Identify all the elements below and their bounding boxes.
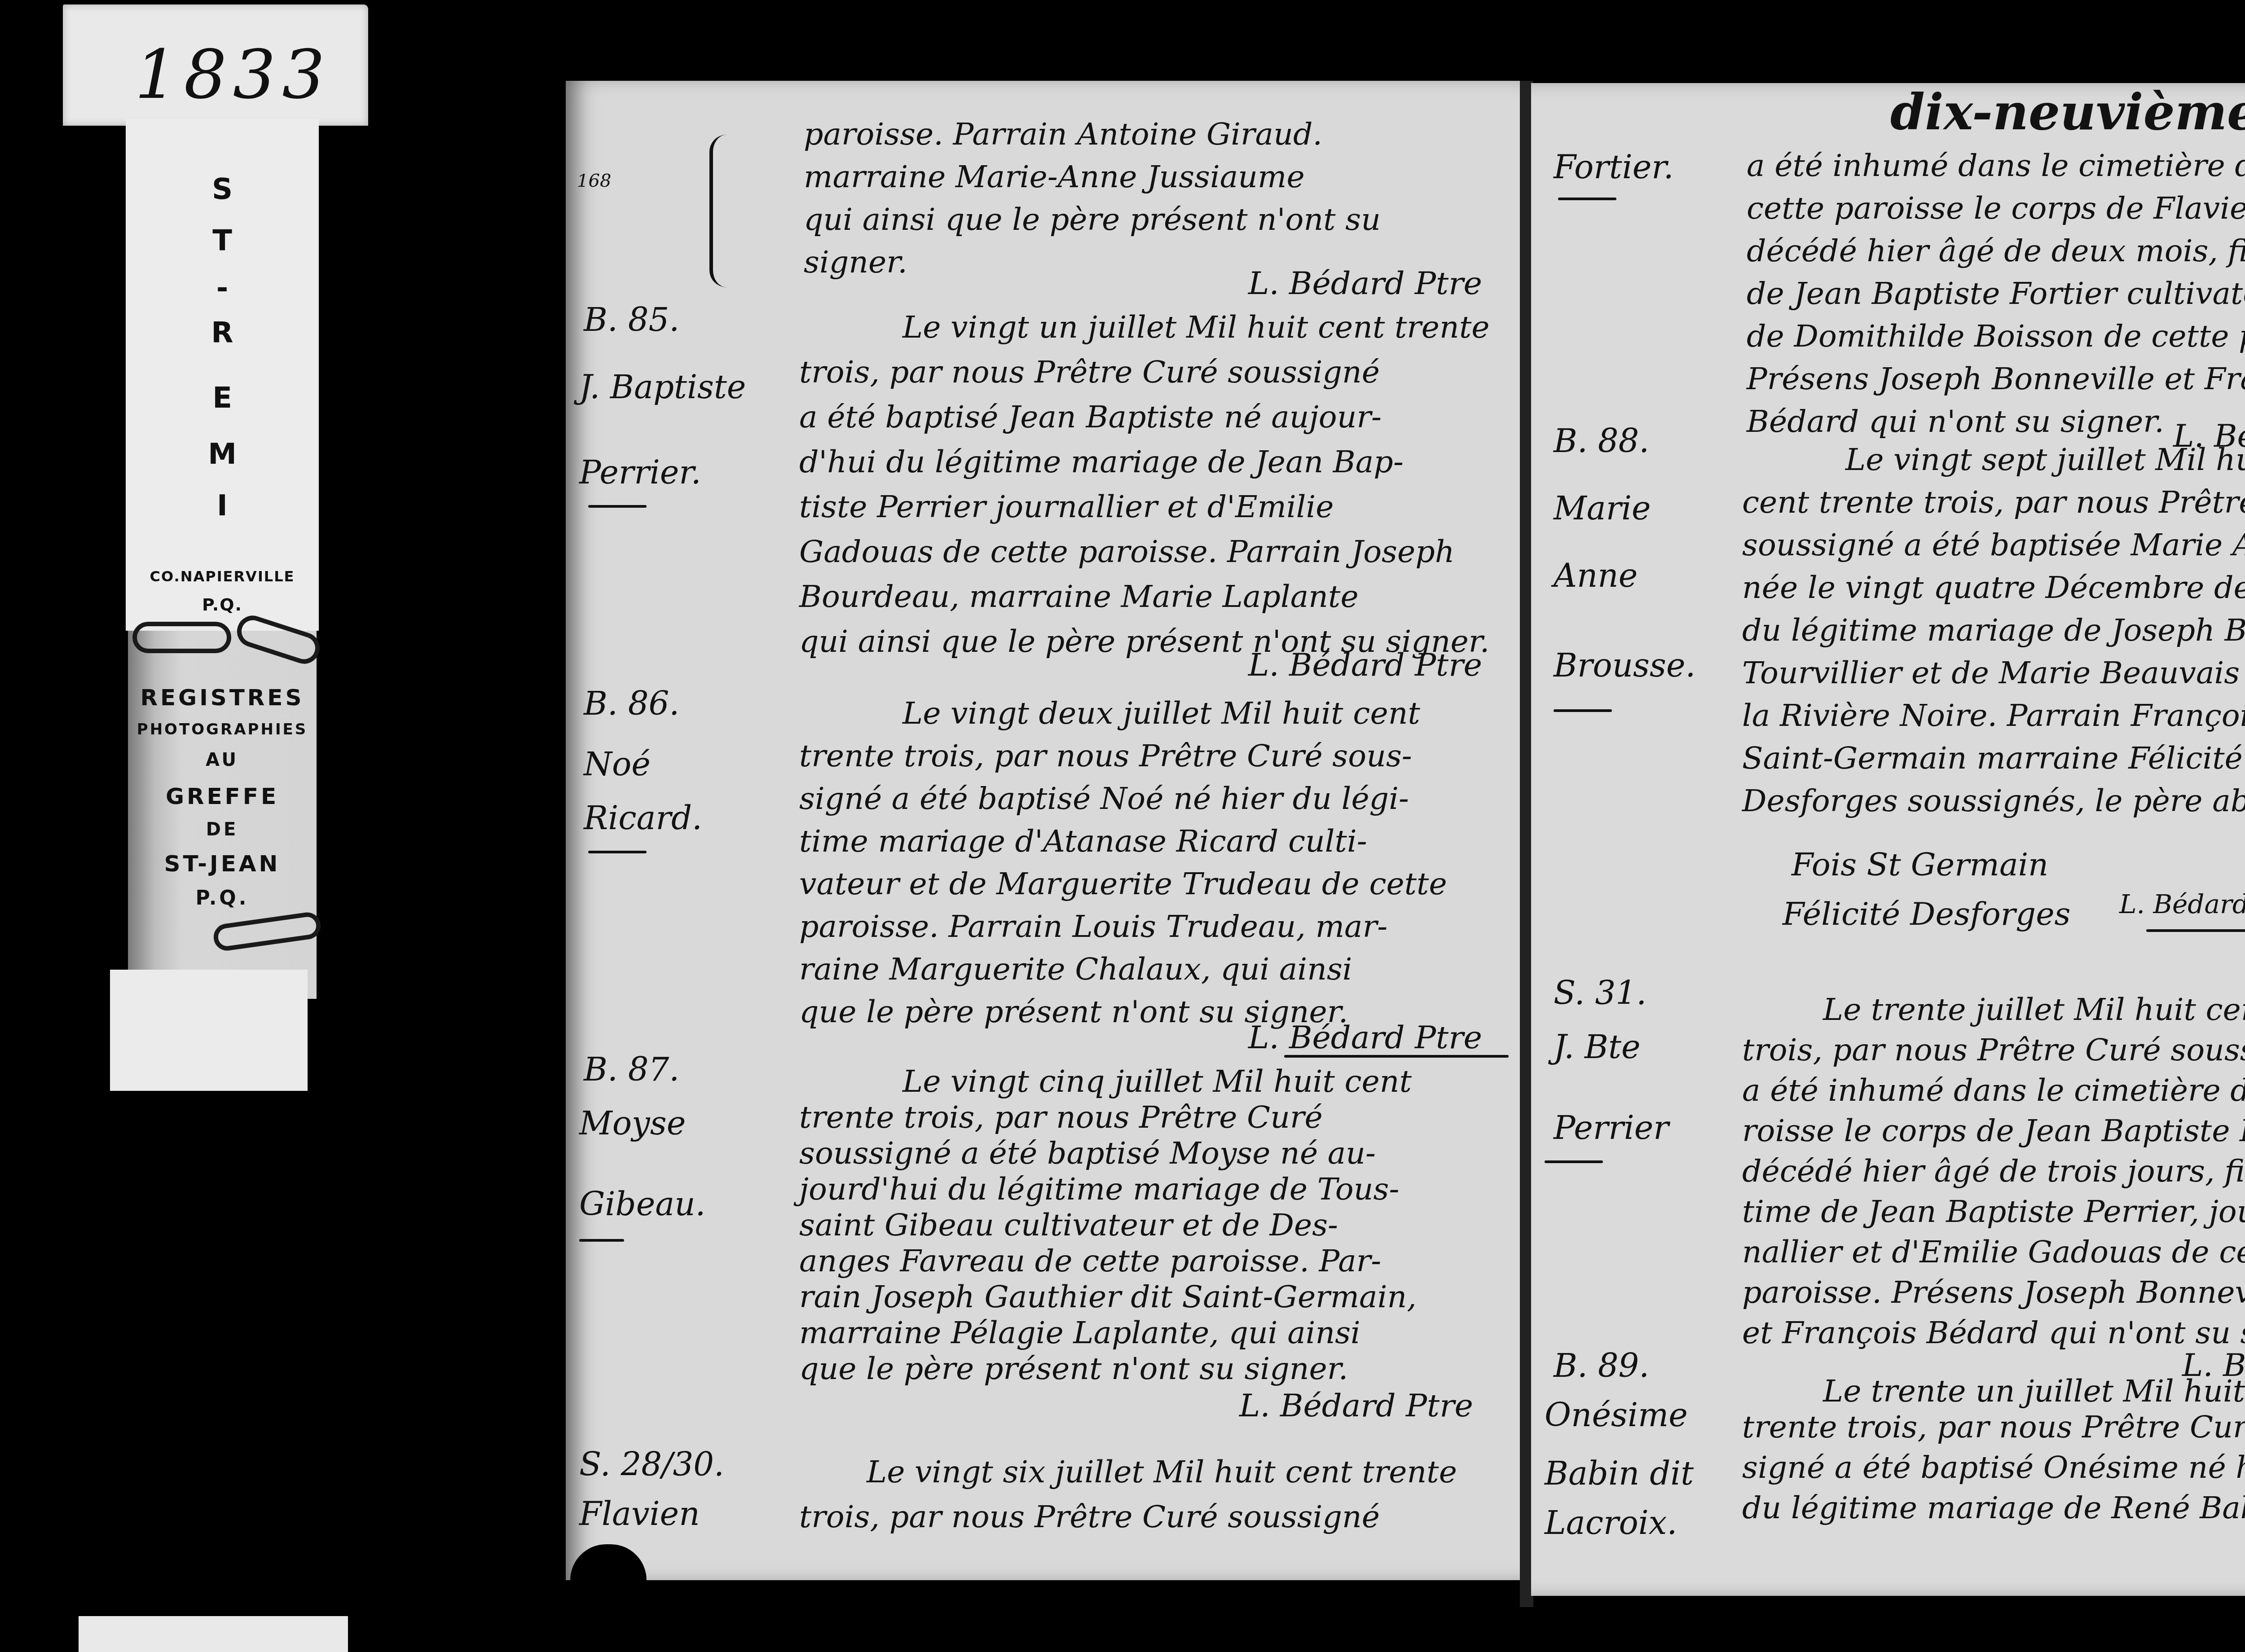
record-line: qui ainsi que le père présent n'ont su (804, 202, 1381, 237)
signature-flourish (1284, 1055, 1509, 1058)
label-strip-blank (110, 970, 308, 1091)
parish-letter: S (126, 173, 319, 206)
stamp-line: PHOTOGRAPHIES (128, 721, 317, 738)
margin-name: Anne (1554, 557, 1638, 594)
bracket-mark (709, 135, 726, 287)
entry-divider (579, 1239, 624, 1242)
record-line: signé a été baptisé Noé né hier du légi- (799, 781, 1409, 817)
record-line: marraine Pélagie Laplante, qui ainsi (799, 1315, 1360, 1351)
stamp-line: DE (128, 819, 317, 840)
record-line: vateur et de Marguerite Trudeau de cette (799, 866, 1447, 902)
record-line: paroisse. Parrain Louis Trudeau, mar- (799, 909, 1387, 945)
entry-divider (588, 505, 647, 508)
record-line: saint Gibeau cultivateur et de Des- (799, 1208, 1338, 1243)
margin-name: J. Bte (1554, 1028, 1641, 1066)
priest-signature: L. Bédard Ptre (1248, 265, 1482, 302)
record-line: signé a été baptisé Onésime né hier (1742, 1450, 2245, 1485)
record-line: Le vingt un juillet Mil huit cent trente (902, 310, 1489, 345)
stamp-line: P.Q. (128, 887, 317, 909)
parish-letter: R (126, 316, 319, 350)
record-line: paroisse. Parrain Antoine Giraud. (804, 117, 1322, 152)
stamp-line: GREFFE (128, 783, 317, 809)
record-line: signer. (804, 245, 907, 280)
record-line: tiste Perrier journallier et d'Emilie (799, 489, 1334, 525)
entry-divider (1545, 1160, 1603, 1163)
paper-clip-icon (212, 911, 322, 953)
record-line: soussigné a été baptisé Moyse né au- (799, 1136, 1376, 1171)
record-line: time mariage d'Atanase Ricard culti- (799, 824, 1367, 859)
record-line: marraine Marie-Anne Jussiaume (804, 159, 1305, 195)
record-line: trente trois, par nous Prêtre Curé sous- (799, 738, 1412, 774)
margin-name: Lacroix. (1545, 1504, 1677, 1542)
record-line: Le vingt six juillet Mil huit cent trent… (867, 1454, 1457, 1490)
stamp-line: REGISTRES (128, 685, 317, 711)
entry-divider (588, 851, 647, 853)
margin-name: Noé (584, 745, 651, 783)
record-line: Le vingt sept juillet Mil huit- (1845, 442, 2245, 478)
county-label: CO.NAPIERVILLE (126, 568, 319, 585)
record-line: trente trois, par nous Prêtre Curé sous- (1742, 1410, 2245, 1445)
entry-divider (1554, 709, 1612, 712)
paper-clip-icon (132, 622, 231, 653)
record-line: du légitime mariage de Joseph Brousse (1742, 613, 2245, 648)
margin-name: Moyse (579, 1104, 686, 1142)
record-line: trois, par nous Prêtre Curé soussigné (1742, 1032, 2245, 1068)
priest-signature: L. Bédard Ptre (1248, 1019, 1482, 1056)
witness-signature: Félicité Desforges (1783, 896, 2070, 932)
entry-number: S. 28/30. (579, 1445, 724, 1483)
record-line: roisse le corps de Jean Baptiste Perrier (1742, 1113, 2245, 1149)
record-line: du légitime mariage de René Babin (1742, 1490, 2245, 1526)
record-line: a été baptisé Jean Baptiste né aujour- (799, 400, 1382, 435)
year-label: 1833 (135, 36, 331, 114)
margin-name: Fortier. (1554, 148, 1674, 186)
archive-stamp: REGISTRES PHOTOGRAPHIES AU GREFFE DE ST-… (128, 631, 317, 999)
entry-number: B. 85. (584, 301, 679, 338)
margin-name: J. Baptiste (579, 368, 746, 406)
margin-name: Marie (1554, 489, 1651, 527)
record-line: Le vingt cinq juillet Mil huit cent (902, 1064, 1412, 1099)
parish-label-strip: S T - R E M I CO.NAPIERVILLE P.Q. (126, 119, 319, 631)
record-line: la Rivière Noire. Parrain François (1742, 698, 2245, 734)
record-line: nallier et d'Emilie Gadouas de cette (1742, 1235, 2245, 1270)
record-line: Le trente un juillet Mil huit cent (1823, 1374, 2245, 1409)
entry-number: B. 87. (584, 1050, 679, 1088)
record-line: trente trois, par nous Prêtre Curé (799, 1100, 1323, 1135)
stamp-line: ST-JEAN (128, 851, 317, 877)
priest-signature: L. Bédard Ptre (1248, 646, 1482, 683)
record-line: paroisse. Présens Joseph Bonneville (1742, 1275, 2245, 1310)
record-line: soussigné a été baptisée Marie Anne (1742, 527, 2245, 563)
record-line: jourd'hui du légitime mariage de Tous- (799, 1172, 1399, 1207)
record-line: Saint-Germain marraine Félicité (1742, 741, 2243, 776)
record-line: Desforges soussignés, le père absent. (1742, 783, 2245, 819)
record-line: Tourvillier et de Marie Beauvais de (1742, 655, 2245, 691)
record-line: que le père présent n'ont su signer. (799, 1351, 1348, 1387)
page-header: dix-neuvième Feuillet (1890, 83, 2245, 141)
year-tag: 1833 (63, 4, 368, 126)
record-line: cent trente trois, par nous Prêtre Curé (1742, 485, 2245, 520)
margin-name: Gibeau. (579, 1185, 705, 1223)
entry-divider (1558, 198, 1616, 200)
record-line: anges Favreau de cette paroisse. Par- (799, 1243, 1381, 1279)
record-line: de Domithilde Boisson de cette paroisse. (1747, 319, 2245, 354)
record-line: Le trente juillet Mil huit cent trente (1823, 992, 2245, 1028)
record-line: Présens Joseph Bonneville et François (1747, 361, 2245, 397)
record-line: d'hui du légitime mariage de Jean Bap- (799, 444, 1404, 480)
record-line: a été inhumé dans le cimetière de (1747, 148, 2245, 184)
record-line: cette paroisse le corps de Flavien Forti… (1747, 191, 2245, 226)
stamp-line: AU (128, 750, 317, 770)
margin-name: Babin dit (1545, 1454, 1694, 1492)
margin-name: Flavien (579, 1495, 700, 1533)
witness-signature: Fois St Germain (1792, 846, 2048, 883)
margin-name: Perrier. (579, 453, 701, 491)
thumb-shadow (570, 1544, 647, 1652)
margin-name: Onésime (1545, 1396, 1688, 1434)
margin-name: Brousse. (1554, 646, 1695, 684)
record-line: Bédard qui n'ont su signer. (1747, 404, 2164, 439)
entry-number: B. 86. (584, 685, 679, 722)
parish-letter: T (126, 224, 319, 258)
parish-letter: I (126, 489, 319, 523)
priest-signature: L. Bédard Ptre (2119, 889, 2245, 919)
record-line: Bourdeau, marraine Marie Laplante (799, 579, 1359, 615)
record-line: décédé hier âgé de deux mois, fils légit… (1747, 233, 2245, 269)
record-line: et François Bédard qui n'ont su signer. (1742, 1315, 2245, 1351)
record-line: time de Jean Baptiste Perrier, jour- (1742, 1194, 2245, 1230)
margin-note: 168 (577, 171, 611, 191)
margin-name: Perrier (1554, 1109, 1669, 1147)
record-line: Le vingt deux juillet Mil huit cent (902, 696, 1420, 731)
entry-number: B. 88. (1554, 422, 1649, 460)
record-line: a été inhumé dans le cimetière de cette … (1742, 1073, 2245, 1108)
parish-letter: - (126, 272, 319, 305)
record-line: rain Joseph Gauthier dit Saint-Germain, (799, 1279, 1417, 1315)
record-line: raine Marguerite Chalaux, qui ainsi (799, 952, 1352, 987)
signature-flourish (2146, 929, 2245, 932)
record-line: de Jean Baptiste Fortier cultivateur et (1747, 276, 2245, 312)
record-line: décédé hier âgé de trois jours, fils lég… (1742, 1154, 2245, 1189)
record-line: née le vingt quatre Décembre dernier (1742, 570, 2245, 606)
entry-number: S. 31. (1554, 974, 1646, 1012)
record-line: trois, par nous Prêtre Curé soussigné (799, 355, 1380, 390)
entry-number: B. 89. (1554, 1347, 1649, 1384)
record-line: trois, par nous Prêtre Curé soussigné (799, 1499, 1380, 1535)
parish-letter: M (126, 438, 319, 471)
margin-name: Ricard. (584, 799, 702, 837)
next-frame-label-edge (79, 1616, 348, 1652)
priest-signature: L. Bédard Ptre (1239, 1387, 1473, 1424)
record-line: Gadouas de cette paroisse. Parrain Josep… (799, 534, 1455, 570)
parish-letter: E (126, 382, 319, 415)
province-label: P.Q. (126, 595, 319, 615)
